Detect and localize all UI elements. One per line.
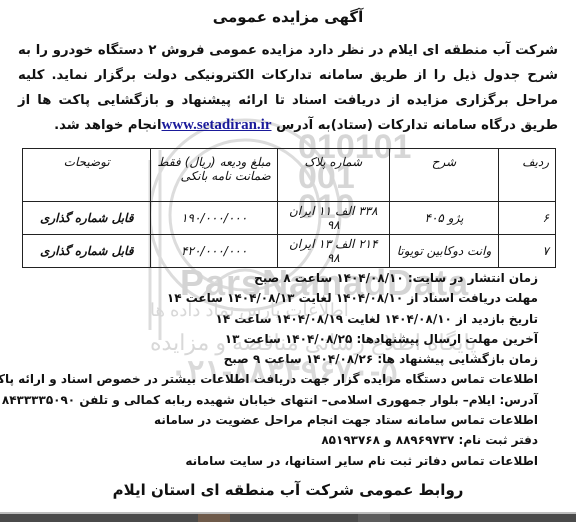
cell-notes: قابل شماره گذاری bbox=[23, 202, 151, 235]
header-row-number: ردیف bbox=[499, 149, 556, 202]
table-header-row: ردیف شرح شماره پلاک مبلغ ودیعه (ریال) فق… bbox=[23, 149, 556, 202]
cell-description: پژو ۴۰۵ bbox=[389, 202, 499, 235]
header-description: شرح bbox=[389, 149, 499, 202]
cell-row-number: ۷ bbox=[499, 235, 556, 268]
vehicles-table: ردیف شرح شماره پلاک مبلغ ودیعه (ریال) فق… bbox=[22, 148, 556, 268]
notice-title: آگهی مزایده عمومی bbox=[0, 8, 576, 26]
setadiran-link[interactable]: www.setadiran.ir bbox=[162, 117, 272, 133]
opening-date: زمان بازگشایی پیشنهاد ها: ۱۴۰۴/۰۸/۲۶ ساع… bbox=[18, 349, 538, 369]
registration-office: دفتر ثبت نام: ۸۸۹۶۹۷۳۷ و ۸۵۱۹۳۷۶۸ bbox=[18, 430, 538, 450]
header-deposit: مبلغ ودیعه (ریال) فقط ضمانت نامه بانکی bbox=[151, 149, 277, 202]
auction-notice-page: 010101 001 010 ParsNamadData اطلاعات پار… bbox=[0, 0, 576, 512]
setad-contact: اطلاعات تماس سامانه ستاد جهت انجام مراحل… bbox=[18, 410, 538, 430]
strip-segment bbox=[198, 514, 230, 522]
signature: روابط عمومی شرکت آب منطقه ای استان ایلام bbox=[0, 481, 576, 499]
header-plate: شماره پلاک bbox=[277, 149, 389, 202]
cell-description: وانت دوکابین تویوتا bbox=[389, 235, 499, 268]
cell-deposit: ۱۹۰/۰۰۰/۰۰۰ bbox=[151, 202, 277, 235]
strip-segment bbox=[358, 514, 390, 522]
schedule-section: زمان انتشار در سایت: ۱۴۰۴/۰۸/۱۰ ساعت ۸ ص… bbox=[18, 268, 538, 471]
intro-paragraph: شرکت آب منطقه ای ایلام در نظر دارد مزاید… bbox=[18, 38, 558, 138]
cell-plate: ۳۳۸ الف ۱۱ ایران ۹۸ bbox=[277, 202, 389, 235]
visit-date: تاریخ بازدید از ۱۴۰۴/۰۸/۱۰ لغایت ۱۴۰۴/۰۸… bbox=[18, 309, 538, 329]
cell-deposit: ۴۲۰/۰۰۰/۰۰۰ bbox=[151, 235, 277, 268]
submission-deadline: آخرین مهلت ارسال پیشنهادها: ۱۴۰۴/۰۸/۲۵ س… bbox=[18, 329, 538, 349]
bottom-strip bbox=[0, 512, 576, 522]
documents-deadline: مهلت دریافت اسناد از ۱۴۰۴/۰۸/۱۰ لغایت ۱۴… bbox=[18, 288, 538, 308]
header-notes: توضیحات bbox=[23, 149, 151, 202]
contact-address: آدرس: ایلام– بلوار جمهوری اسلامی– انتهای… bbox=[18, 390, 538, 410]
table-row: ۷ وانت دوکابین تویوتا ۲۱۴ الف ۱۳ ایران ۹… bbox=[23, 235, 556, 268]
publish-date: زمان انتشار در سایت: ۱۴۰۴/۰۸/۱۰ ساعت ۸ ص… bbox=[18, 268, 538, 288]
intro-text-end: انجام خواهد شد. bbox=[54, 118, 161, 133]
cell-notes: قابل شماره گذاری bbox=[23, 235, 151, 268]
cell-plate: ۲۱۴ الف ۱۳ ایران ۹۸ bbox=[277, 235, 389, 268]
cell-row-number: ۶ bbox=[499, 202, 556, 235]
contact-heading: اطلاعات تماس دستگاه مزایده گزار جهت دریا… bbox=[18, 369, 538, 389]
table-row: ۶ پژو ۴۰۵ ۳۳۸ الف ۱۱ ایران ۹۸ ۱۹۰/۰۰۰/۰۰… bbox=[23, 202, 556, 235]
other-provinces-contact: اطلاعات تماس دفاتر ثبت نام سایر استانها،… bbox=[18, 451, 538, 471]
